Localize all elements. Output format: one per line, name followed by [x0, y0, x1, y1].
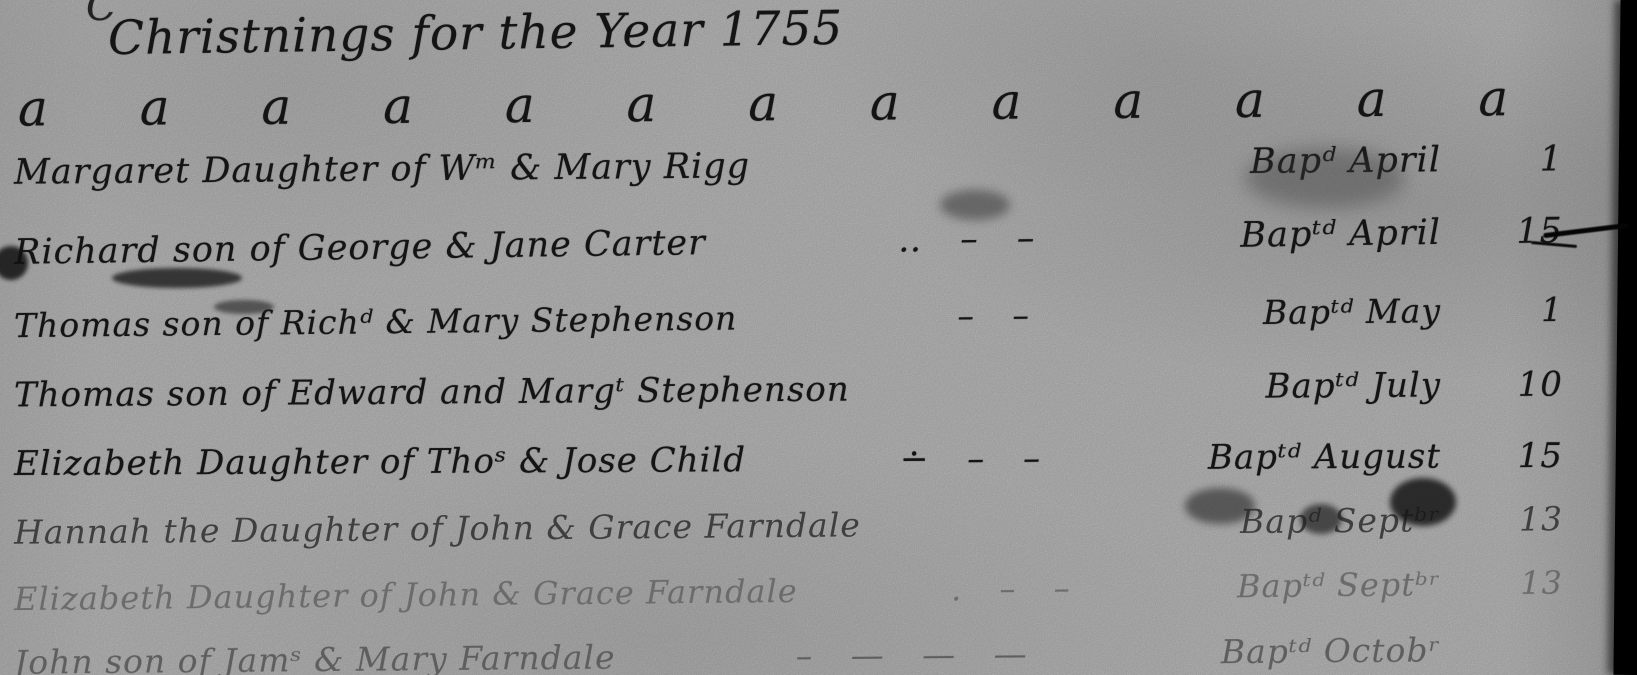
record-dashes: . – – — [797, 567, 1237, 610]
record-dashes — [850, 398, 1266, 401]
record-dashes: – — — — — [615, 632, 1221, 675]
record-dashes: ‥ – – — [706, 216, 1241, 263]
record-month: April — [1349, 213, 1441, 254]
record-entry: Elizabeth Daughter of John & Grace Farnd… — [14, 572, 798, 618]
record-baptised: Bapᵈ April — [1250, 140, 1467, 182]
record-month: Octobʳ — [1324, 630, 1442, 670]
ink-smudge — [940, 190, 1010, 220]
record-dashes — [750, 173, 1250, 177]
record-month: April — [1349, 140, 1441, 181]
baptism-record-row-faint: Elizabeth Daughter of John & Grace Farnd… — [14, 564, 1563, 618]
record-entry: Richard son of George & Jane Carter — [14, 223, 706, 273]
record-dashes: – – — [737, 293, 1263, 338]
record-month: May — [1366, 291, 1442, 331]
record-day: 1 — [1467, 139, 1563, 180]
record-baptised: Bapᵗᵈ May — [1263, 291, 1467, 332]
record-entry: Thomas son of Richᵈ & Mary Stephenson — [14, 299, 738, 346]
record-day — [1467, 660, 1563, 661]
record-entry: John son of Jamˢ & Mary Farndale — [14, 638, 616, 675]
record-baptised: Bapᵗᵈ April — [1240, 213, 1467, 256]
record-baptised: Bapᵗᵈ Octobʳ — [1221, 630, 1467, 671]
record-baptised: Bapᵈ Septᵇʳ — [1240, 500, 1467, 541]
record-dashes — [861, 533, 1240, 536]
record-entry: Margaret Daughter of Wᵐ & Mary Rigg — [14, 146, 750, 192]
baptism-record-row: Richard son of George & Jane Carter ‥ – … — [14, 211, 1563, 273]
record-month: July — [1371, 365, 1441, 405]
record-dashes: ∸ – – — [746, 438, 1208, 480]
record-entry: Hannah the Daughter of John & Grace Farn… — [14, 505, 861, 551]
register-page: C Christnings for the Year 1755 a a a a … — [0, 0, 1637, 675]
record-day: 1 — [1467, 290, 1563, 330]
record-baptised: Bapᵗᵈ Septᵇʳ — [1237, 565, 1467, 605]
flourish-row: a a a a a a a a a a a a a a a a a a a a — [18, 68, 1598, 137]
baptism-record-row: Margaret Daughter of Wᵐ & Mary Rigg Bapᵈ… — [14, 139, 1563, 193]
baptism-record-row: Elizabeth Daughter of Thoˢ & Jose Child … — [14, 436, 1563, 484]
record-day: 10 — [1467, 365, 1563, 406]
record-baptised: Bapᵗᵈ August — [1208, 436, 1467, 477]
record-day: 15 — [1467, 436, 1563, 477]
scan-edge — [1613, 0, 1637, 675]
page-title: Christnings for the Year 1755 — [108, 1, 844, 66]
baptism-record-row: Thomas son of Richᵈ & Mary Stephenson – … — [14, 290, 1563, 345]
record-entry: Elizabeth Daughter of Thoˢ & Jose Child — [14, 440, 746, 484]
baptism-record-row-cutoff: John son of Jamˢ & Mary Farndale – — — —… — [14, 629, 1563, 675]
record-day: 13 — [1467, 499, 1563, 539]
baptism-record-row: Thomas son of Edward and Margᵗ Stephenso… — [14, 365, 1563, 416]
baptism-record-row-faint: Hannah the Daughter of John & Grace Farn… — [14, 499, 1563, 552]
record-month: Septᵇʳ — [1334, 500, 1442, 540]
record-month: Septᵇʳ — [1337, 565, 1442, 604]
record-month: August — [1314, 437, 1441, 478]
record-entry: Thomas son of Edward and Margᵗ Stephenso… — [14, 370, 850, 416]
record-day: 13 — [1467, 564, 1563, 603]
record-baptised: Bapᵗᵈ July — [1265, 365, 1467, 406]
